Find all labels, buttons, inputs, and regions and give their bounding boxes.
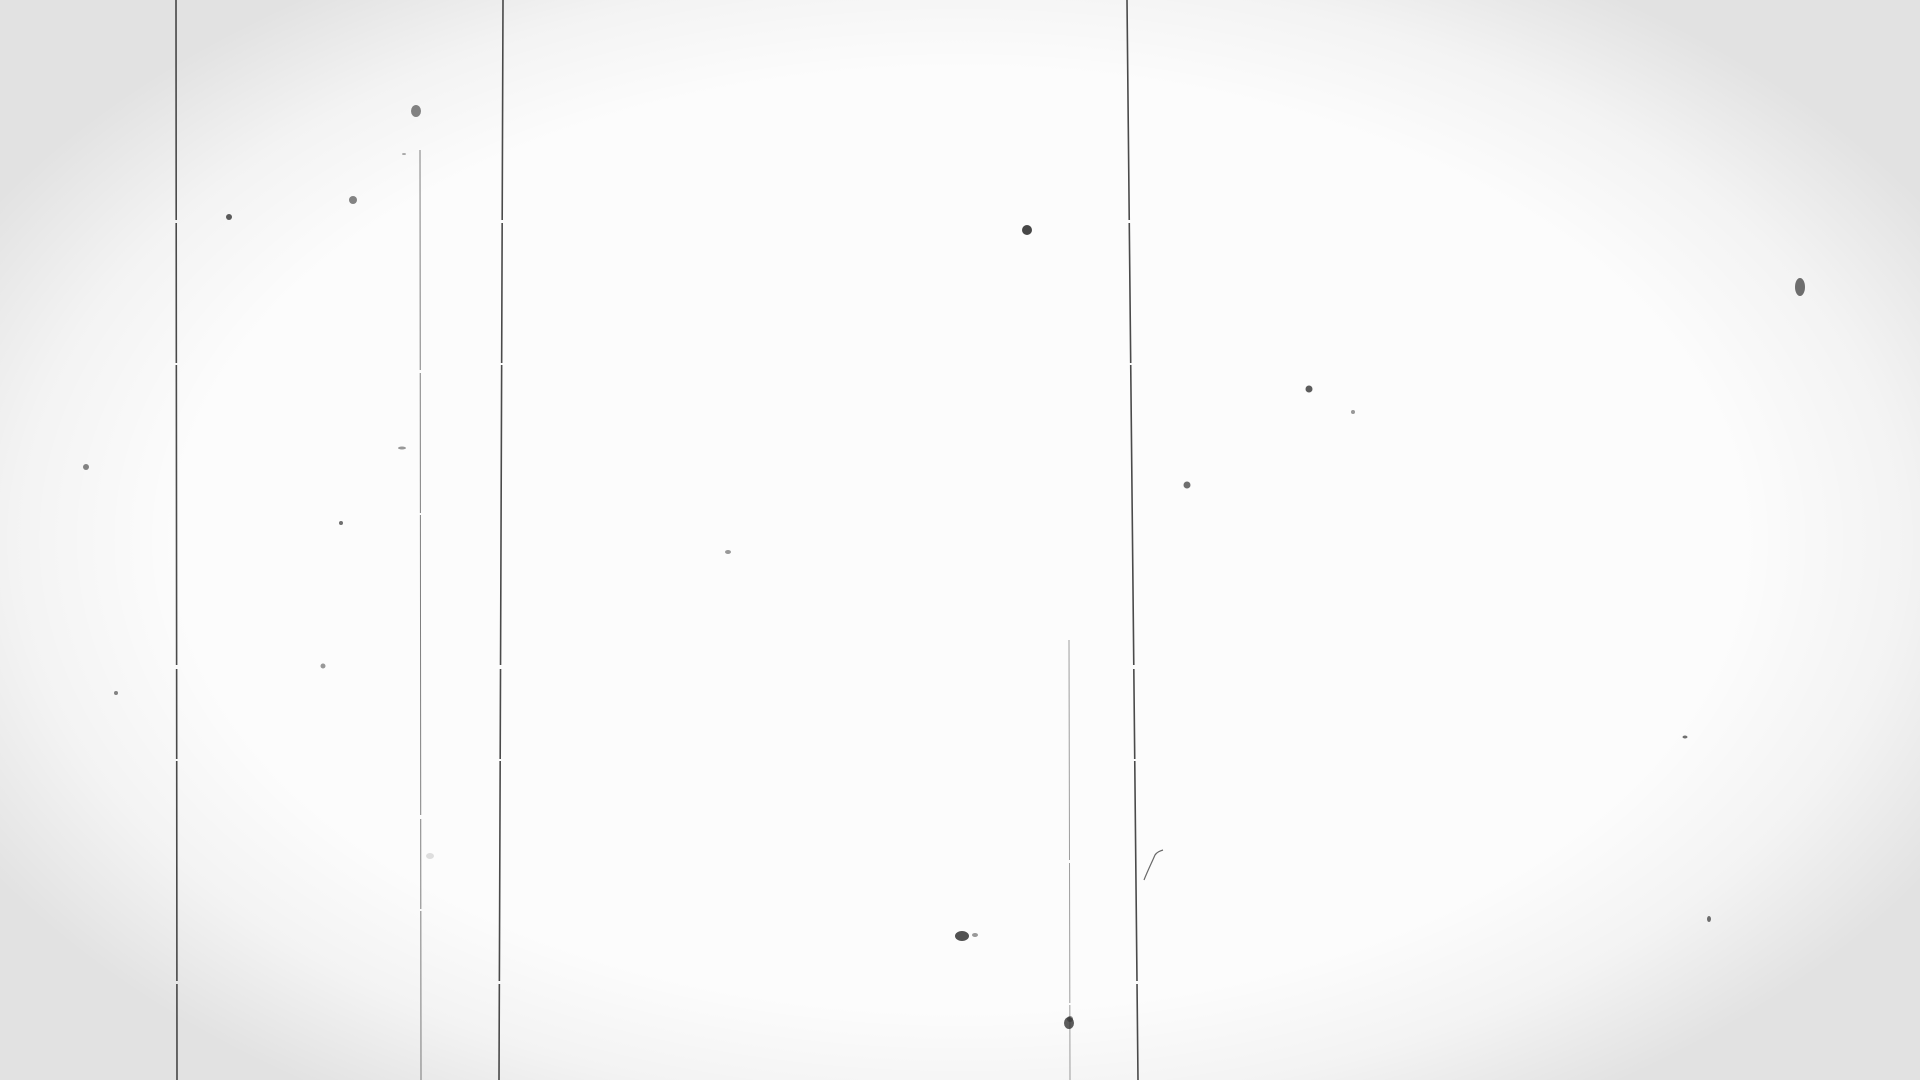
film-overlay-frame [0, 0, 1920, 1080]
dust-speck [426, 853, 434, 859]
dust-speck [398, 447, 406, 450]
hair-fiber-path [1144, 850, 1163, 880]
dust-speck [1795, 278, 1805, 296]
dust-speck [1351, 410, 1355, 414]
dust-speck [1683, 736, 1688, 739]
dust-speck [349, 196, 357, 204]
dust-speck [1184, 482, 1191, 489]
dust-speck [339, 521, 343, 525]
dust-speck [955, 931, 969, 941]
dust-speck [226, 214, 232, 220]
dust-specks [83, 105, 1805, 1029]
dust-speck [402, 153, 406, 155]
dust-speck [1067, 1016, 1073, 1022]
scratch-line [176, 0, 177, 1080]
vertical-scratches [176, 0, 1138, 1080]
scratch-line [499, 0, 503, 1080]
dust-speck [1306, 386, 1313, 393]
dust-speck [411, 105, 421, 117]
scratch-line [1127, 0, 1138, 1080]
hair-fiber [1144, 850, 1163, 880]
dust-speck [321, 664, 326, 669]
dust-speck [725, 550, 731, 554]
film-scratches-and-dust [0, 0, 1920, 1080]
dust-speck [972, 933, 978, 937]
scratch-line [1069, 640, 1070, 1080]
dust-speck [83, 464, 89, 470]
dust-speck [1707, 916, 1711, 922]
dust-speck [114, 691, 118, 695]
scratch-line [420, 150, 421, 1080]
dust-speck [1022, 225, 1032, 235]
